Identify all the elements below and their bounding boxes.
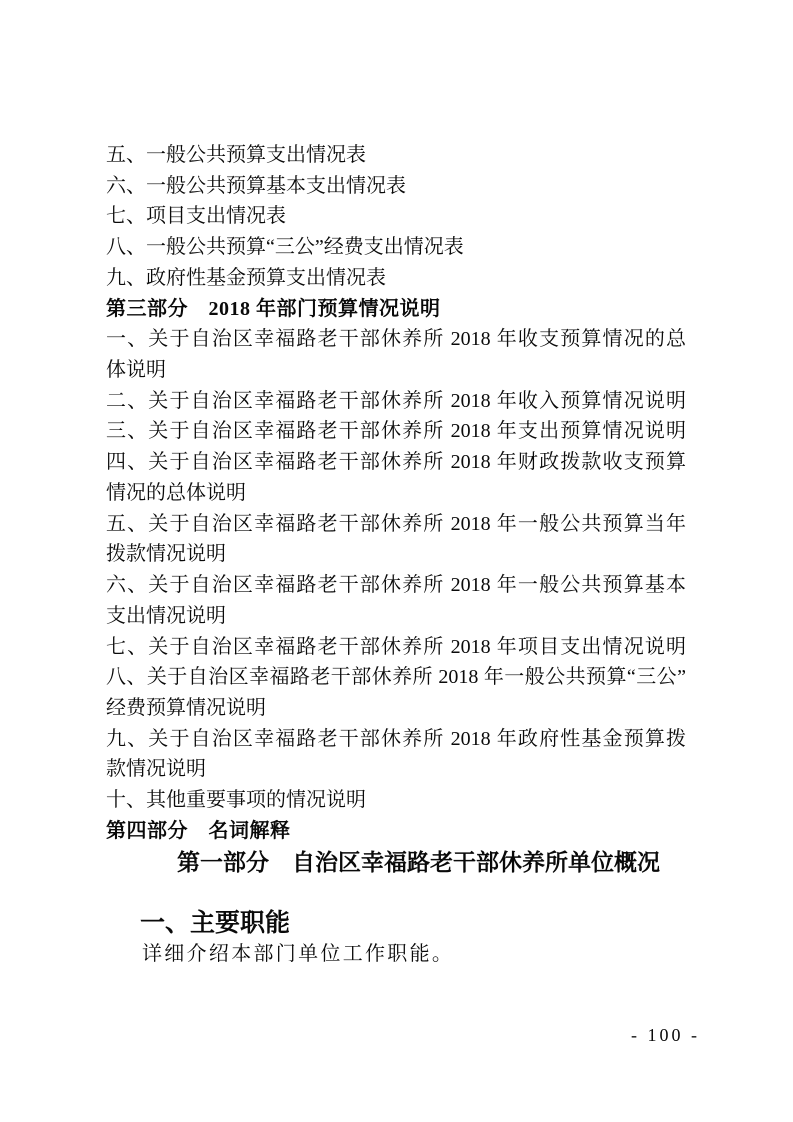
toc-item-note-2: 二、关于自治区幸福路老干部休养所 2018 年收入预算情况说明 — [106, 386, 686, 417]
toc-item-note-9-line-1: 九、关于自治区幸福路老干部休养所 2018 年政府性基金预算拨 — [106, 724, 686, 755]
toc-item-table-9: 九、政府性基金预算支出情况表 — [106, 263, 686, 294]
toc-item-table-6: 六、一般公共预算基本支出情况表 — [106, 171, 686, 202]
subsection-heading-functions: 一、主要职能 — [106, 908, 686, 939]
blank-line — [106, 877, 686, 908]
toc-item-note-1-line-1: 一、关于自治区幸福路老干部休养所 2018 年收支预算情况的总 — [106, 324, 686, 355]
toc-item-note-5-line-1: 五、关于自治区幸福路老干部休养所 2018 年一般公共预算当年 — [106, 509, 686, 540]
toc-item-table-7: 七、项目支出情况表 — [106, 201, 686, 232]
toc-item-note-8-line-1: 八、关于自治区幸福路老干部休养所 2018 年一般公共预算“三公” — [106, 662, 686, 693]
toc-item-note-5-line-2: 拨款情况说明 — [106, 539, 686, 570]
toc-item-table-8: 八、一般公共预算“三公”经费支出情况表 — [106, 232, 686, 263]
section-heading-part-1: 第一部分 自治区幸福路老干部休养所单位概况 — [106, 847, 686, 878]
toc-item-note-9-line-2: 款情况说明 — [106, 754, 686, 785]
toc-item-note-10: 十、其他重要事项的情况说明 — [106, 785, 686, 816]
toc-item-note-4-line-1: 四、关于自治区幸福路老干部休养所 2018 年财政拨款收支预算 — [106, 447, 686, 478]
toc-heading-part-3: 第三部分 2018 年部门预算情况说明 — [106, 294, 686, 325]
toc-item-note-1-line-2: 体说明 — [106, 355, 686, 386]
toc-item-table-5: 五、一般公共预算支出情况表 — [106, 140, 686, 171]
toc-item-note-7: 七、关于自治区幸福路老干部休养所 2018 年项目支出情况说明 — [106, 632, 686, 663]
toc-item-note-8-line-2: 经费预算情况说明 — [106, 693, 686, 724]
toc-item-note-6-line-2: 支出情况说明 — [106, 601, 686, 632]
page-number: - 100 - — [631, 1020, 700, 1050]
document-body: 五、一般公共预算支出情况表六、一般公共预算基本支出情况表七、项目支出情况表八、一… — [106, 140, 686, 969]
toc-item-note-3: 三、关于自治区幸福路老干部休养所 2018 年支出预算情况说明 — [106, 416, 686, 447]
paragraph-functions-intro: 详细介绍本部门单位工作职能。 — [106, 939, 686, 970]
toc-heading-part-4: 第四部分 名词解释 — [106, 816, 686, 847]
toc-item-note-4-line-2: 情况的总体说明 — [106, 478, 686, 509]
toc-item-note-6-line-1: 六、关于自治区幸福路老干部休养所 2018 年一般公共预算基本 — [106, 570, 686, 601]
document-page: 五、一般公共预算支出情况表六、一般公共预算基本支出情况表七、项目支出情况表八、一… — [0, 0, 793, 1122]
